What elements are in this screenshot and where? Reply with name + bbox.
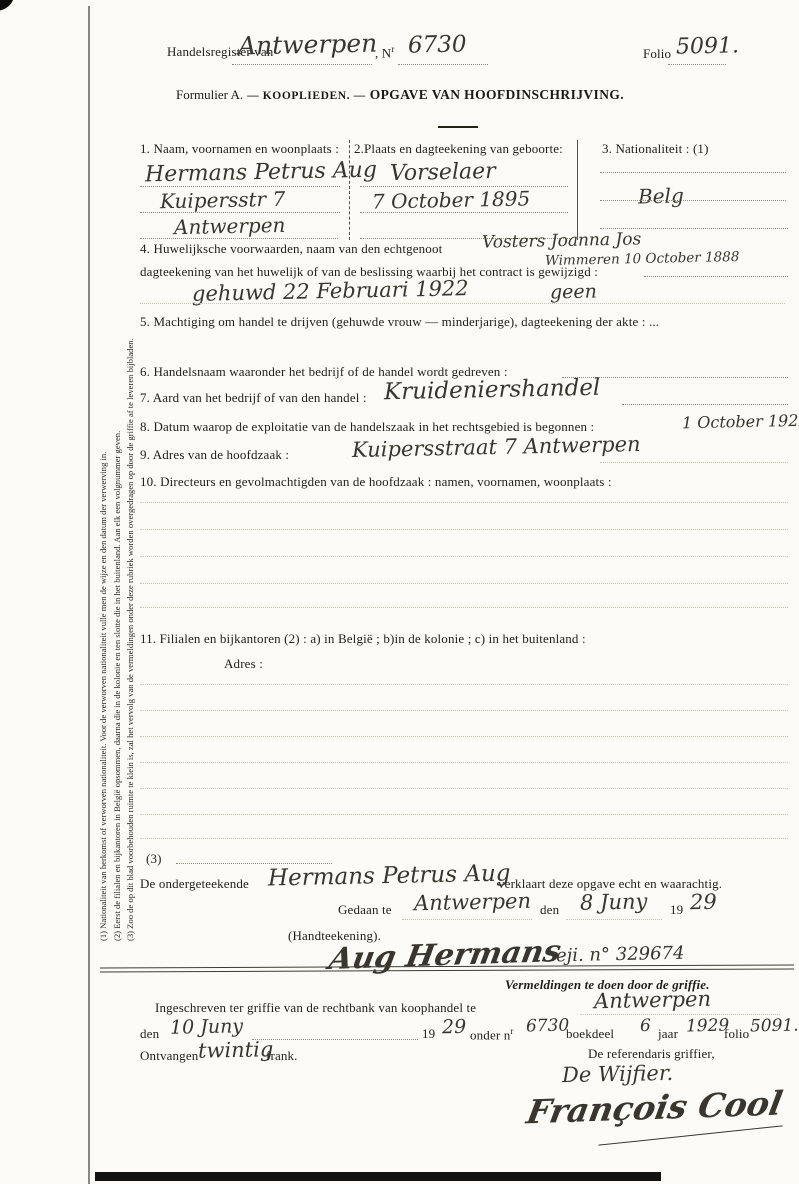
note3-marker: (3) <box>146 851 162 867</box>
field4-value-contract: geen <box>550 281 597 304</box>
field9-label: 9. Adres van de hoofdzaak : <box>140 447 289 463</box>
form-title-part-a: Formulier A. <box>176 87 243 102</box>
field10-label: 10. Directeurs en gevolmachtigden van de… <box>140 474 612 490</box>
column-divider <box>577 140 578 240</box>
folio-label-bottom: folio <box>724 1026 749 1042</box>
footnote-1: (1) Nationaliteit van herkomst of verwor… <box>97 117 111 941</box>
onder-nr-label: onder nr <box>470 1026 514 1043</box>
dotted-rule <box>140 814 788 815</box>
dotted-rule <box>600 462 788 463</box>
register-city-handwritten: Antwerpen <box>238 29 378 61</box>
dotted-rule <box>140 212 340 213</box>
field2-label: 2.Plaats en dagteekening van geboorte: <box>354 141 563 157</box>
dotted-rule <box>140 838 788 839</box>
registered-place: Antwerpen <box>594 987 711 1013</box>
footnote-2: (2) Eerst de filialen en bijkantoren in … <box>111 117 125 941</box>
field11-label: 11. Filialen en bijkantoren (2) : a) in … <box>140 631 586 647</box>
done-day: 8 Juny <box>580 889 648 914</box>
jaar-label: jaar <box>658 1026 678 1042</box>
dotted-rule <box>140 710 788 711</box>
dotted-rule <box>622 404 788 405</box>
dotted-rule <box>580 1014 780 1015</box>
year-prefix: 19 <box>670 902 683 918</box>
field7-label: 7. Aard van het bedrijf of van den hande… <box>140 390 367 406</box>
amount-value: twintig <box>198 1037 274 1063</box>
field8-value: 1 October 1922 <box>682 411 799 433</box>
dotted-rule <box>644 276 788 277</box>
dotted-rule <box>566 919 662 920</box>
dotted-rule <box>402 919 532 920</box>
folio-label: Folio <box>643 46 671 62</box>
scan-corner-artifact <box>0 0 14 11</box>
dotted-rule <box>140 238 338 239</box>
griffie-date: 10 Juny <box>170 1015 243 1039</box>
field4-value-marriage: gehuwd 22 Februari 1922 <box>192 276 469 306</box>
field8-label: 8. Datum waarop de exploitatie van de ha… <box>140 419 594 435</box>
dotted-rule <box>140 762 788 763</box>
scan-left-edge-line <box>88 6 90 1184</box>
form-title-part-c: OPGAVE VAN HOOFDINSCHRIJVING. <box>370 87 624 102</box>
identity-card-note: eji. n° 329674 <box>556 943 685 967</box>
field2-value-place: Vorselaer <box>390 159 496 186</box>
den-label: den <box>540 902 559 918</box>
field4-spouse-name: Vosters Joanna Jos <box>482 229 642 252</box>
form-title: Formulier A. — KOOPLIEDEN. — OPGAVE VAN … <box>140 86 660 104</box>
boekdeel-label: boekdeel <box>566 1026 614 1042</box>
declaration-name: Hermans Petrus Aug <box>268 860 511 891</box>
field2-value-date: 7 October 1895 <box>372 186 531 213</box>
column-divider <box>349 140 350 240</box>
done-year: 29 <box>690 890 717 915</box>
dotted-rule <box>398 64 488 65</box>
field9-value: Kuipersstraat 7 Antwerpen <box>352 432 641 462</box>
dotted-rule <box>140 502 788 503</box>
scan-bottom-edge-bar <box>95 1172 661 1181</box>
field1-value-city: Antwerpen <box>174 213 286 239</box>
dotted-rule <box>140 736 788 737</box>
ontvangen-label: Ontvangen <box>140 1048 198 1064</box>
declaration-pre: De ondergeteekende <box>140 876 249 892</box>
dotted-rule <box>360 212 568 213</box>
jaar-value: 1929 <box>686 1016 730 1037</box>
title-divider-dash <box>438 126 478 128</box>
dotted-rule <box>140 556 788 557</box>
signature-flourish <box>598 1125 782 1145</box>
griffie-den-label: den <box>140 1026 159 1042</box>
dotted-rule <box>600 200 786 201</box>
dotted-rule <box>140 788 788 789</box>
dotted-rule <box>252 1039 418 1040</box>
dotted-rule <box>668 64 726 65</box>
boekdeel-value: 6 <box>640 1016 651 1036</box>
field5-label: 5. Machtiging om handel te drijven (gehu… <box>140 314 659 330</box>
done-place: Antwerpen <box>414 889 531 915</box>
footnote-3: (3) Zoo de op dit blad voorbehouden ruim… <box>124 117 138 941</box>
folio-value-bottom: 5091. <box>750 1015 799 1036</box>
official-title: De referendaris griffier, <box>588 1046 715 1062</box>
field1-label: 1. Naam, voornamen en woonplaats : <box>140 141 339 157</box>
dotted-rule <box>140 303 785 304</box>
dotted-rule <box>140 684 788 685</box>
official-signature: François Cool <box>524 1084 786 1132</box>
dotted-rule <box>140 583 788 584</box>
dotted-rule <box>360 186 568 187</box>
registered-label: Ingeschreven ter griffie van de rechtban… <box>155 1000 476 1016</box>
field7-value: Kruideniershandel <box>384 375 601 406</box>
official-name-handwritten: De Wijfier. <box>562 1061 674 1087</box>
field1-value-street: Kuipersstr 7 <box>160 187 286 214</box>
field11-adres-label: Adres : <box>224 656 263 672</box>
onder-nr-value: 6730 <box>526 1016 570 1037</box>
frank-label: frank. <box>266 1048 298 1064</box>
dotted-rule <box>232 64 372 65</box>
field4-label1: 4. Huwelijksche voorwaarden, naam van de… <box>140 241 442 257</box>
dotted-rule <box>140 186 340 187</box>
done-at-label: Gedaan te <box>338 902 392 918</box>
dotted-rule <box>140 529 788 530</box>
sidebar-footnotes: (1) Nationaliteit van herkomst of verwor… <box>97 117 139 941</box>
field1-value-name: Hermans Petrus Aug <box>145 158 377 188</box>
field3-value: Belg <box>638 184 684 209</box>
form-title-part-b: — KOOPLIEDEN. — <box>247 90 366 102</box>
dotted-rule <box>600 172 786 173</box>
griffie-year: 29 <box>442 1016 467 1039</box>
register-number-label: , Nr <box>375 44 395 61</box>
field3-label: 3. Nationaliteit : (1) <box>602 141 709 157</box>
folio-value: 5091. <box>676 33 739 59</box>
register-number-value: 6730 <box>408 31 467 58</box>
document-page: (1) Nationaliteit van herkomst of verwor… <box>0 0 799 1184</box>
dotted-rule <box>140 607 788 608</box>
griffie-year-prefix: 19 <box>422 1026 435 1042</box>
